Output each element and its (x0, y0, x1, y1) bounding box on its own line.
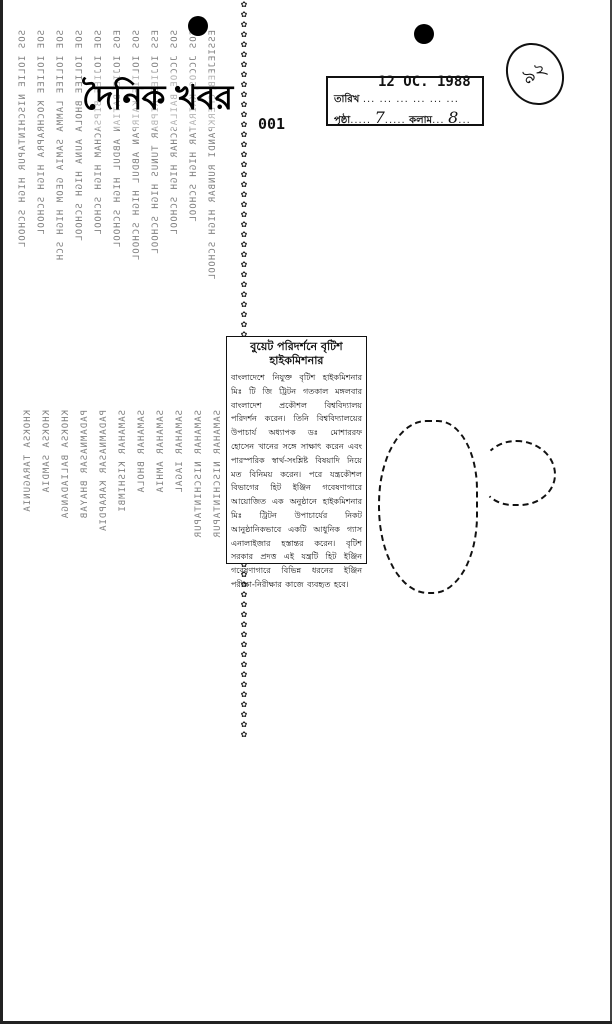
bleed-through-column: SOE IOJIEE BIPSACHAM HIGH SCHOOL (94, 30, 105, 235)
border-ornament-icon: ✿ (241, 20, 248, 29)
clipping-headline: বুয়েট পরিদর্শনে বৃটিশ হাইকমিশনার (231, 340, 362, 368)
border-ornament-icon: ✿ (241, 110, 248, 119)
bleed-through-column: EOS IOJIE BATIAN ABDUL HIGH SCHOOL (113, 30, 124, 248)
stamp-date-row: তারিখ ... ... ... ... ... ... (334, 92, 459, 109)
border-ornament-icon: ✿ (241, 90, 248, 99)
border-ornament-icon: ✿ (241, 210, 248, 219)
page-code: 001 (258, 115, 285, 133)
bleed-through-column: SOE IOLIEE BHOLA AUNA HIGH SCHOOL (75, 30, 86, 242)
border-ornament-icon: ✿ (241, 640, 248, 649)
bleed-through-column: SAMAHAR NISCHINTAPUR (213, 410, 224, 538)
border-ornament-icon: ✿ (241, 50, 248, 59)
bleed-through-column: KHOKSA SAMDIA (42, 410, 53, 493)
border-ornament-icon: ✿ (241, 0, 248, 9)
bleed-through-column: SAMAHAR IAGAL (175, 410, 186, 493)
border-ornament-icon: ✿ (241, 220, 248, 229)
bleed-through-column: SOS IOLIE NISCHINTAPUR HIGH SCHOOL (18, 30, 29, 248)
border-ornament-icon: ✿ (241, 700, 248, 709)
border-ornament-icon: ✿ (241, 180, 248, 189)
stamp-dots: ... ... ... ... ... ... (363, 94, 459, 105)
clipping-body: বাংলাদেশে নিযুক্ত বৃটিশ হাইকমিশনার মিঃ ট… (231, 371, 362, 592)
border-ornament-icon: ✿ (241, 280, 248, 289)
border-ornament-icon: ✿ (241, 630, 248, 639)
border-ornament-icon: ✿ (241, 60, 248, 69)
border-ornament-icon: ✿ (241, 610, 248, 619)
border-ornament-icon: ✿ (241, 290, 248, 299)
bleed-through-column: KHOKSA BALIADANGA (61, 410, 72, 519)
border-ornament-icon: ✿ (241, 660, 248, 669)
stamp-date-value: 12 OC. 1988 (378, 74, 471, 90)
border-ornament-icon: ✿ (241, 240, 248, 249)
archive-stamp: 12 OC. 1988 তারিখ ... ... ... ... ... ..… (326, 76, 484, 126)
bleed-through-column: SAMAHAR KISHIMBI (118, 410, 129, 513)
newspaper-masthead: দৈনিক খবর (82, 72, 232, 129)
water-stain-outline (480, 440, 556, 506)
border-ornament-icon: ✿ (241, 10, 248, 19)
border-ornament-icon: ✿ (241, 80, 248, 89)
page-edge-left (0, 0, 3, 1024)
stamp-date-label: তারিখ (334, 94, 359, 105)
border-ornament-icon: ✿ (241, 250, 248, 259)
bleed-through-column: ESS IOJIEE RIPBAR TUNUS HIGH SCHOOL (151, 30, 162, 255)
border-ornament-icon: ✿ (241, 130, 248, 139)
bleed-through-column: PADAMNASAR KARAPDIA (99, 410, 110, 532)
headline-line-2: হাইকমিশনার (231, 354, 362, 368)
border-ornament-icon: ✿ (241, 680, 248, 689)
bleed-through-column: SAMAHAR BHOLA (137, 410, 148, 493)
border-ornament-icon: ✿ (241, 200, 248, 209)
bleed-through-column: KHOKSA TARAGUNIA (23, 410, 34, 513)
bleed-through-column: SOE IOLIEE KOCHRAPRA HIGH SCHOOL (37, 30, 48, 235)
border-ornament-icon: ✿ (241, 140, 248, 149)
bleed-through-column: SOS JCCOE BAILASCHAR HIGH SCHOOL (170, 30, 181, 235)
border-ornament-icon: ✿ (241, 620, 248, 629)
border-ornament-icon: ✿ (241, 310, 248, 319)
border-ornament-icon: ✿ (241, 260, 248, 269)
bleed-through-column: SAMAHAR NISCHINTAPUR (194, 410, 205, 538)
bleed-through-column: SOE IOLIEE LAMMA SAMIA GEOM HIGH SCH (56, 30, 67, 261)
stamp-column-value: 8 (448, 108, 458, 127)
border-ornament-icon: ✿ (241, 70, 248, 79)
border-ornament-icon: ✿ (241, 230, 248, 239)
border-ornament-icon: ✿ (241, 670, 248, 679)
bleed-through-column: ESSIEJEEB CPERKPANDI RUNBAR HIGH SCHOOL (208, 30, 219, 280)
border-ornament-icon: ✿ (241, 150, 248, 159)
border-ornament-icon: ✿ (241, 40, 248, 49)
stamp-column-label: কলাম (409, 115, 432, 126)
bleed-through-column: SAMAHAR AMHIA (156, 410, 167, 493)
border-ornament-icon: ✿ (241, 730, 248, 739)
border-ornament-icon: ✿ (241, 720, 248, 729)
punch-hole-icon (414, 24, 434, 44)
border-ornament-icon: ✿ (241, 100, 248, 109)
border-ornament-icon: ✿ (241, 600, 248, 609)
border-ornament-icon: ✿ (241, 320, 248, 329)
border-ornament-icon: ✿ (241, 170, 248, 179)
bleed-through-column: SOS IOLIIE KAIRPAN ABDUL HIGH SCHOOL (132, 30, 143, 261)
border-ornament-icon: ✿ (241, 160, 248, 169)
bleed-through-column: PADAMNASAR BHAYAB (80, 410, 91, 519)
border-ornament-icon: ✿ (241, 650, 248, 659)
stamp-page-row: পৃষ্ঠা..... 7..... কলাম... 8... (334, 108, 471, 130)
water-stain-outline (378, 420, 478, 594)
border-ornament-icon: ✿ (241, 190, 248, 199)
stamp-page-value: 7 (375, 108, 385, 127)
border-ornament-icon: ✿ (241, 690, 248, 699)
stamp-page-label: পৃষ্ঠা (334, 115, 350, 126)
circled-number-text: ৯২ (515, 53, 554, 95)
border-ornament-icon: ✿ (241, 300, 248, 309)
border-ornament-icon: ✿ (241, 120, 248, 129)
circled-page-number: ৯২ (495, 32, 575, 115)
punch-hole-icon (188, 16, 208, 36)
border-ornament-icon: ✿ (241, 30, 248, 39)
headline-line-1: বুয়েট পরিদর্শনে বৃটিশ (231, 340, 362, 354)
newspaper-clipping: বুয়েট পরিদর্শনে বৃটিশ হাইকমিশনার বাংলাদ… (226, 336, 367, 564)
border-ornament-icon: ✿ (241, 270, 248, 279)
border-ornament-icon: ✿ (241, 710, 248, 719)
